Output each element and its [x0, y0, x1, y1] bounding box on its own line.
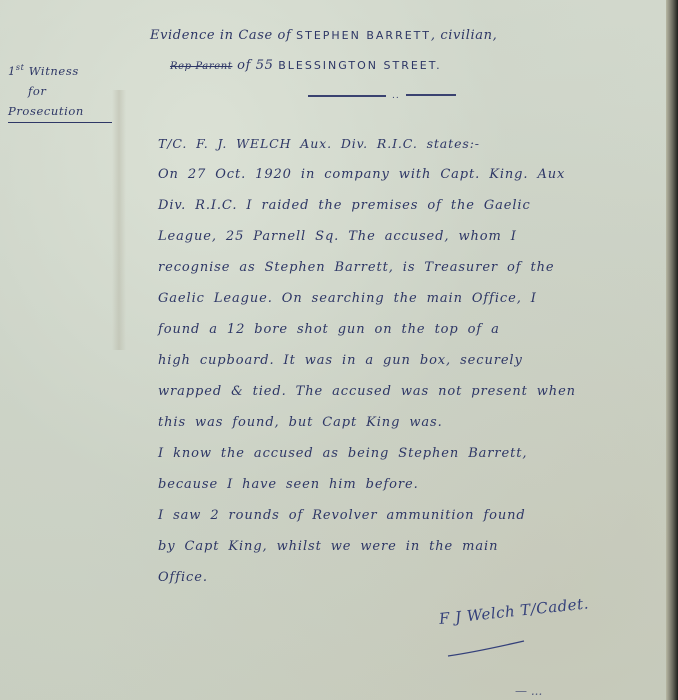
statement-heading: T/C. F. J. WELCH Aux. Div. R.I.C. states…	[158, 128, 668, 159]
header-suffix: , civilian,	[431, 28, 497, 43]
signature-underline-flourish	[446, 640, 526, 658]
statement-line: because I have seen him before.	[158, 469, 668, 500]
statement-line: this was found, but Capt King was.	[158, 407, 668, 438]
statement-line: high cupboard. It was in a gun box, secu…	[158, 345, 668, 376]
statement-line: by Capt King, whilst we were in the main	[158, 531, 668, 562]
statement-line: Gaelic League. On searching the main Off…	[158, 283, 668, 314]
statement-line: Office.	[158, 562, 668, 593]
signature-rank: T/Cadet.	[519, 594, 589, 619]
address-prefix: of 55	[232, 58, 278, 73]
margin-note-line1: 1st Witness	[8, 58, 112, 81]
statement-line: I know the accused as being Stephen Barr…	[158, 438, 668, 469]
statement-line: Div. R.I.C. I raided the premises of the…	[158, 190, 668, 221]
statement-line: I saw 2 rounds of Revolver ammunition fo…	[158, 500, 668, 531]
margin-note-line2: for	[8, 81, 112, 101]
paper-fold-stain	[112, 90, 126, 350]
margin-note: 1st Witness for Prosecution	[8, 58, 112, 123]
header-prefix: Evidence in Case of	[150, 28, 296, 43]
accused-name: STEPHEN BARRETT	[296, 29, 431, 42]
statement-line: recognise as Stephen Barrett, is Treasur…	[158, 252, 668, 283]
document-page: 1st Witness for Prosecution Evidence in …	[0, 0, 678, 700]
statement-line: On 27 Oct. 1920 in company with Capt. Ki…	[158, 159, 668, 190]
signature: F J Welch T/Cadet.	[438, 594, 589, 628]
signature-name: F J Welch	[438, 602, 516, 628]
statement-line: wrapped & tied. The accused was not pres…	[158, 376, 668, 407]
header-address: Rep Parent of 55 BLESSINGTON STREET.	[170, 58, 442, 73]
header-divider: ..	[308, 91, 448, 101]
margin-note-line3: Prosecution	[8, 101, 112, 123]
divider-line-right	[406, 94, 456, 96]
struck-through-text: Rep Parent	[170, 61, 232, 72]
header-title: Evidence in Case of STEPHEN BARRETT, civ…	[150, 28, 497, 43]
cut-off-text-fragment: — ...	[515, 684, 542, 698]
address-street: BLESSINGTON STREET.	[278, 59, 441, 72]
statement-line: League, 25 Parnell Sq. The accused, whom…	[158, 221, 668, 252]
statement-line: found a 12 bore shot gun on the top of a	[158, 314, 668, 345]
statement-body: T/C. F. J. WELCH Aux. Div. R.I.C. states…	[158, 128, 668, 593]
divider-dots: ..	[392, 91, 400, 101]
divider-line-left	[308, 95, 386, 97]
